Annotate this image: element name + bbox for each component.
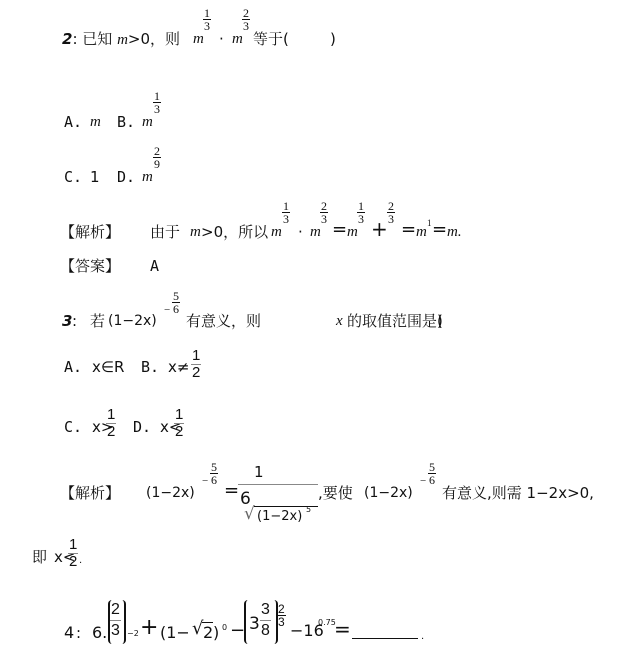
answer-tag: 【答案】 (60, 257, 120, 275)
option-c-label: C. (64, 168, 82, 186)
base-m: m (193, 30, 204, 48)
fraction: 38 (260, 600, 271, 641)
option-a-label: A. (64, 358, 82, 376)
fraction: 12 (106, 407, 116, 440)
question-number: 3 (62, 312, 72, 330)
option-b-label: B. (141, 358, 159, 376)
option-b-value: x≠ (168, 358, 189, 376)
question-2-stem: 2: 已知 m>0，则 (62, 30, 180, 49)
answer-blank[interactable] (352, 638, 418, 639)
base-m: m (232, 30, 243, 48)
question-number: 4 (64, 624, 74, 642)
exponent-fraction: 13 (282, 200, 290, 225)
option-d-label: D. (117, 168, 135, 186)
option-b-label: B. (117, 113, 135, 131)
fraction: 12 (174, 407, 184, 440)
exponent-fraction: 23 (387, 200, 395, 225)
analysis-tag: 【解析】 (60, 223, 120, 241)
exponent-fraction: 29 (153, 145, 161, 170)
exponent-fraction: 13 (153, 90, 161, 115)
exponent-fraction: 23 (277, 603, 286, 628)
option-c-value: 1 (90, 168, 100, 186)
option-b-value: m (142, 113, 153, 131)
option-a-label: A. (64, 113, 82, 131)
exponent-fraction: 23 (242, 7, 250, 32)
sqrt-icon: √ (244, 505, 255, 523)
fraction: 23 (110, 600, 121, 641)
option-d-value: m (142, 168, 153, 186)
exponent-fraction: 23 (320, 200, 328, 225)
option-c-label: C. (64, 418, 82, 436)
question-number: 2 (62, 30, 72, 48)
option-a-value: x∈R (92, 358, 124, 376)
fraction-bar (238, 484, 318, 485)
exponent-fraction: 56 (210, 461, 218, 486)
option-d-label: D. (133, 418, 151, 436)
option-a-value: m (90, 113, 101, 131)
exponent-fraction: 56 (428, 461, 436, 486)
fraction: 12 (68, 537, 78, 570)
exponent-fraction: 13 (203, 7, 211, 32)
exponent-fraction: 56 (172, 290, 180, 315)
fraction: 12 (191, 348, 201, 381)
answer-value: A (150, 257, 159, 275)
exponent-fraction: 13 (357, 200, 365, 225)
analysis-tag: 【解析】 (60, 484, 120, 502)
